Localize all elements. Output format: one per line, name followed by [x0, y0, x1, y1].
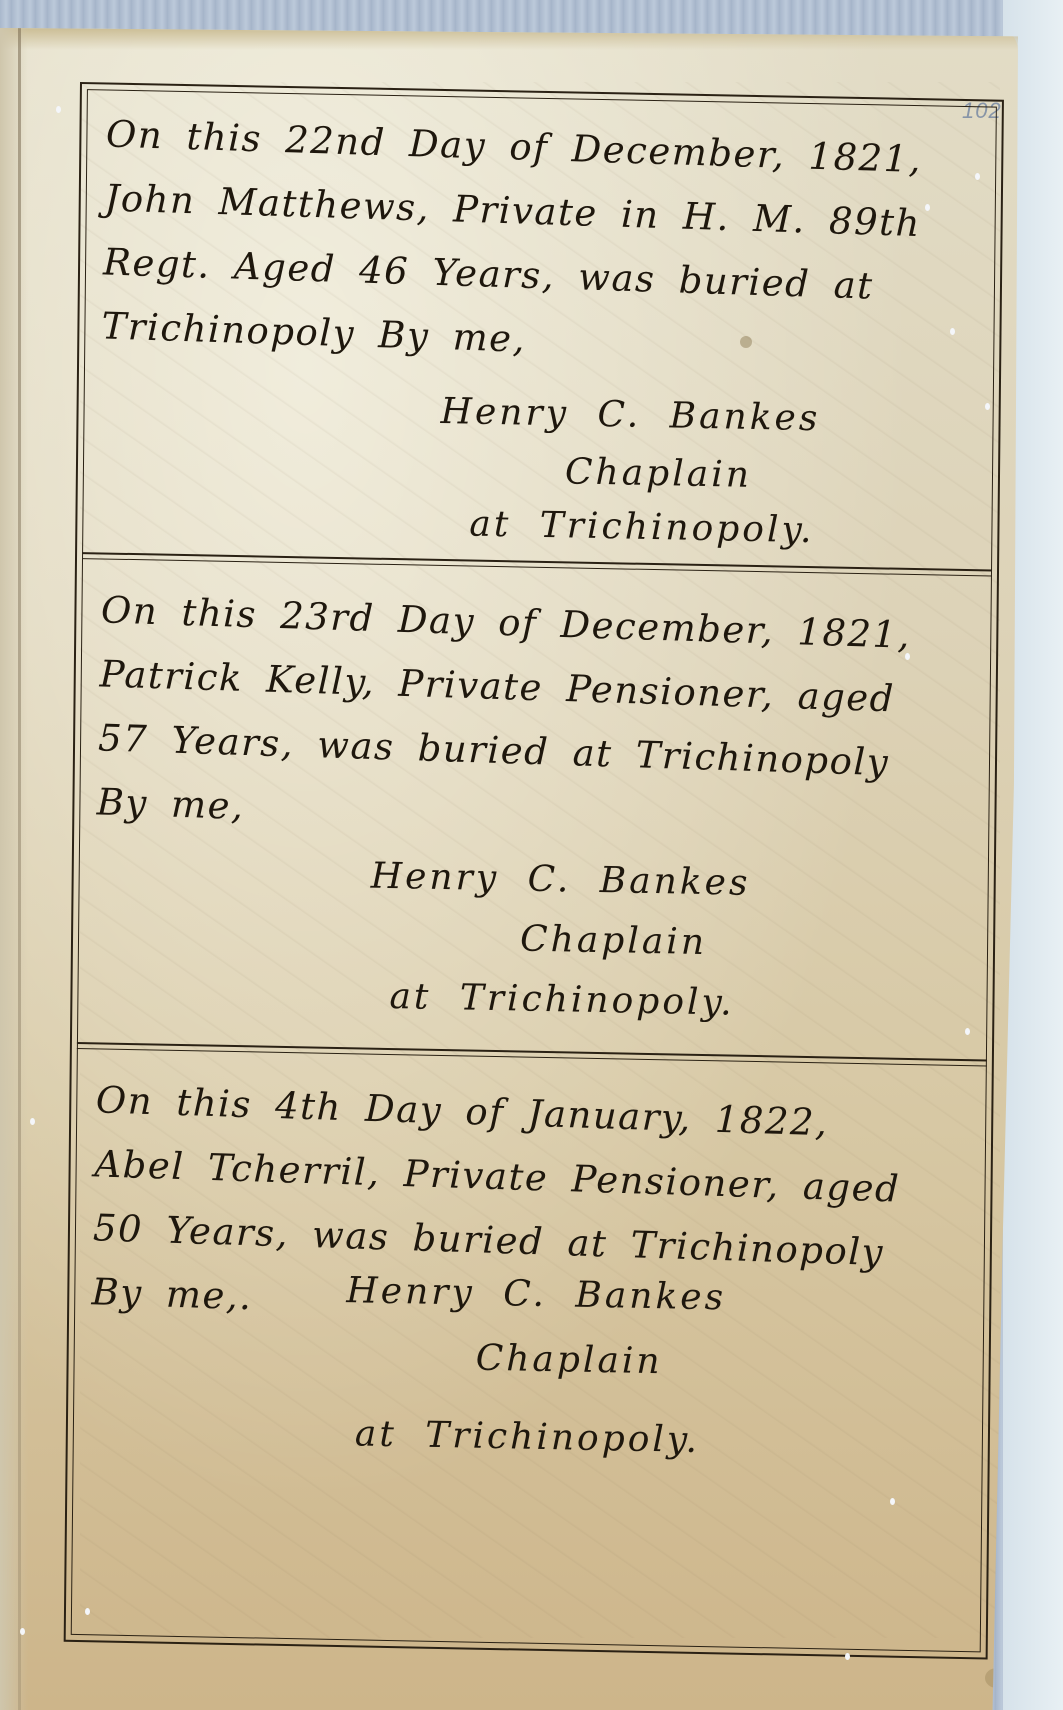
entry-text: On this 23rd Day of December, 1821, Patr… [96, 578, 972, 861]
signature-location: at Trichinopoly. [469, 504, 814, 552]
entry-line: On this 23rd Day of December, 1821, [100, 578, 971, 669]
entry-line: Trichinopoly By me, [101, 294, 972, 385]
entry-line: Abel Tcherril, Private Pensioner, aged [94, 1132, 965, 1223]
paper-speck [845, 1653, 850, 1660]
paper-speck [905, 653, 910, 660]
signature-name: Henry C. Bankes [371, 856, 751, 904]
page-gutter-shadow [0, 28, 28, 1710]
paper-speck [985, 403, 990, 410]
entry-divider [77, 1042, 987, 1066]
paper-speck [965, 1028, 970, 1035]
signature-name: Henry C. Bankes [346, 1270, 726, 1318]
entry-line: 50 Years, was buried at Trichinopoly [92, 1196, 963, 1287]
entry-line: On this 22nd Day of December, 1821, [105, 103, 976, 194]
paper-speck [56, 106, 61, 113]
paper-speck [85, 1608, 90, 1615]
entry-line: John Matthews, Private in H. M. 89th [104, 166, 975, 257]
entry-line: Patrick Kelly, Private Pensioner, aged [99, 642, 970, 733]
burial-entry-1: On this 22nd Day of December, 1821, John… [84, 84, 995, 571]
paper-speck [890, 1498, 895, 1505]
entry-line: Regt. Aged 46 Years, was buried at [102, 230, 973, 321]
signature-location: at Trichinopoly. [355, 1413, 700, 1461]
entry-line: 57 Years, was buried at Trichinopoly [97, 706, 968, 797]
entry-line: On this 4th Day of January, 1822, [95, 1068, 966, 1159]
signature-location: at Trichinopoly. [389, 976, 734, 1024]
entry-text: On this 22nd Day of December, 1821, John… [101, 103, 977, 386]
entry-line: By me, [96, 770, 967, 861]
register-page: 102 On this 22nd Day of December, 1821, … [0, 28, 1018, 1710]
paper-speck [925, 204, 930, 211]
entry-text: On this 4th Day of January, 1822, Abel T… [91, 1068, 967, 1351]
page-fold-line [18, 28, 21, 1710]
paper-speck [975, 173, 980, 180]
entry-line: By me,. [91, 1260, 962, 1351]
signature-title: Chaplain [475, 1338, 662, 1383]
ruled-frame: On this 22nd Day of December, 1821, John… [64, 82, 1004, 1660]
entry-divider [82, 552, 992, 576]
burial-entry-3: On this 4th Day of January, 1822, Abel T… [73, 1050, 985, 1647]
paper-speck [20, 1628, 25, 1635]
paper-speck [30, 1118, 35, 1125]
signature-name: Henry C. Bankes [440, 391, 820, 439]
paper-speck [950, 328, 955, 335]
ink-stain [740, 336, 752, 348]
signature-title: Chaplain [565, 451, 752, 496]
burial-entry-2: On this 23rd Day of December, 1821, Patr… [79, 560, 990, 1057]
signature-title: Chaplain [520, 918, 707, 963]
